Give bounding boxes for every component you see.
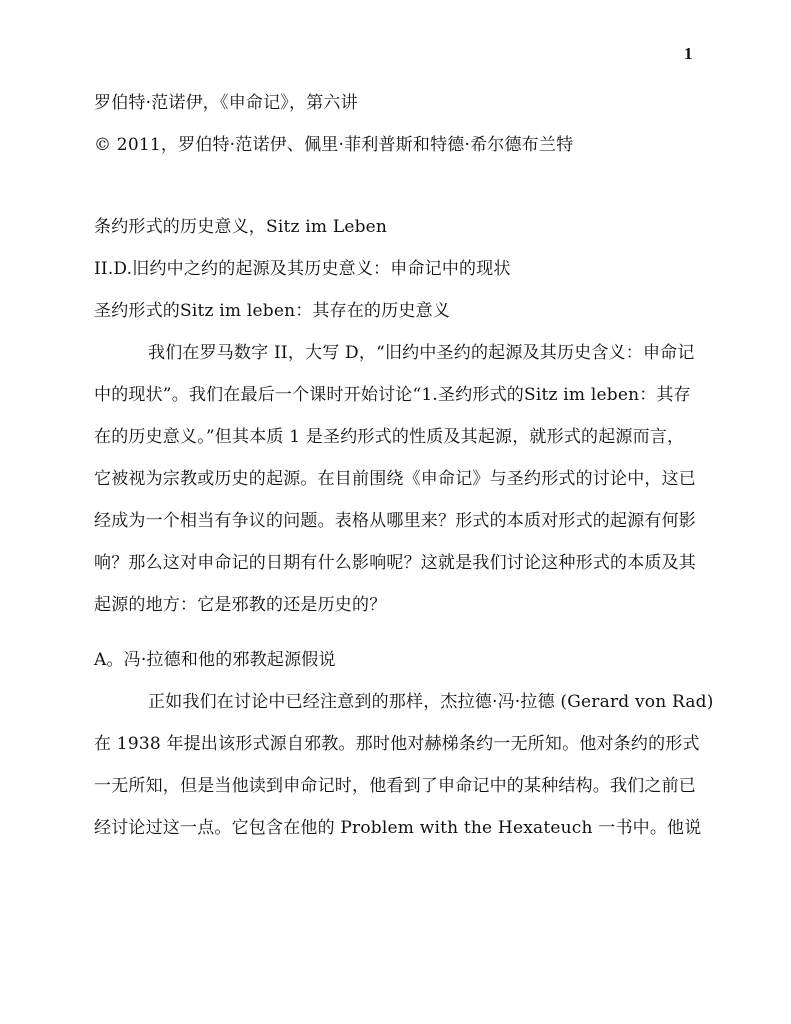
paragraph-line: 它被视为宗教或历史的起源。在目前围绕《申命记》与圣约形式的讨论中，这已 bbox=[94, 468, 714, 490]
section-a-heading: A。冯·拉德和他的邪教起源假说 bbox=[94, 649, 714, 671]
outline-heading: II.D.旧约中之约的起源及其历史意义：申命记中的现状 bbox=[94, 258, 714, 280]
paragraph-line: 在的历史意义。”但其本质 1 是圣约形式的性质及其起源，就形式的起源而言， bbox=[94, 426, 714, 448]
subheading: 圣约形式的Sitz im leben：其存在的历史意义 bbox=[94, 300, 714, 322]
paragraph-line: 起源的地方：它是邪教的还是历史的？ bbox=[94, 594, 714, 616]
section-title: 条约形式的历史意义，Sitz im Leben bbox=[94, 216, 714, 238]
copyright-line: © 2011，罗伯特·范诺伊、佩里·菲利普斯和特德·希尔德布兰特 bbox=[94, 134, 714, 156]
paragraph-line: 经成为一个相当有争议的问题。表格从哪里来？形式的本质对形式的起源有何影 bbox=[94, 510, 714, 532]
paragraph-line: 一无所知，但是当他读到申命记时，他看到了申命记中的某种结构。我们之前已 bbox=[94, 775, 714, 797]
paragraph-line: 在 1938 年提出该形式源自邪教。那时他对赫梯条约一无所知。他对条约的形式 bbox=[94, 733, 714, 755]
document-title: 罗伯特·范诺伊，《申命记》，第六讲 bbox=[94, 92, 714, 114]
paragraph-line: 经讨论过这一点。它包含在他的 Problem with the Hexateuc… bbox=[94, 817, 714, 839]
paragraph-line: 响？那么这对申命记的日期有什么影响呢？这就是我们讨论这种形式的本质及其 bbox=[94, 552, 714, 574]
paragraph-line: 我们在罗马数字 II，大写 D，“旧约中圣约的起源及其历史含义：申命记 bbox=[148, 342, 714, 364]
paragraph-line: 正如我们在讨论中已经注意到的那样，杰拉德·冯·拉德 (Gerard von Ra… bbox=[148, 691, 714, 713]
page-number: 1 bbox=[684, 44, 693, 64]
paragraph-line: 中的现状”。我们在最后一个课时开始讨论“1.圣约形式的Sitz im leben… bbox=[94, 384, 714, 406]
